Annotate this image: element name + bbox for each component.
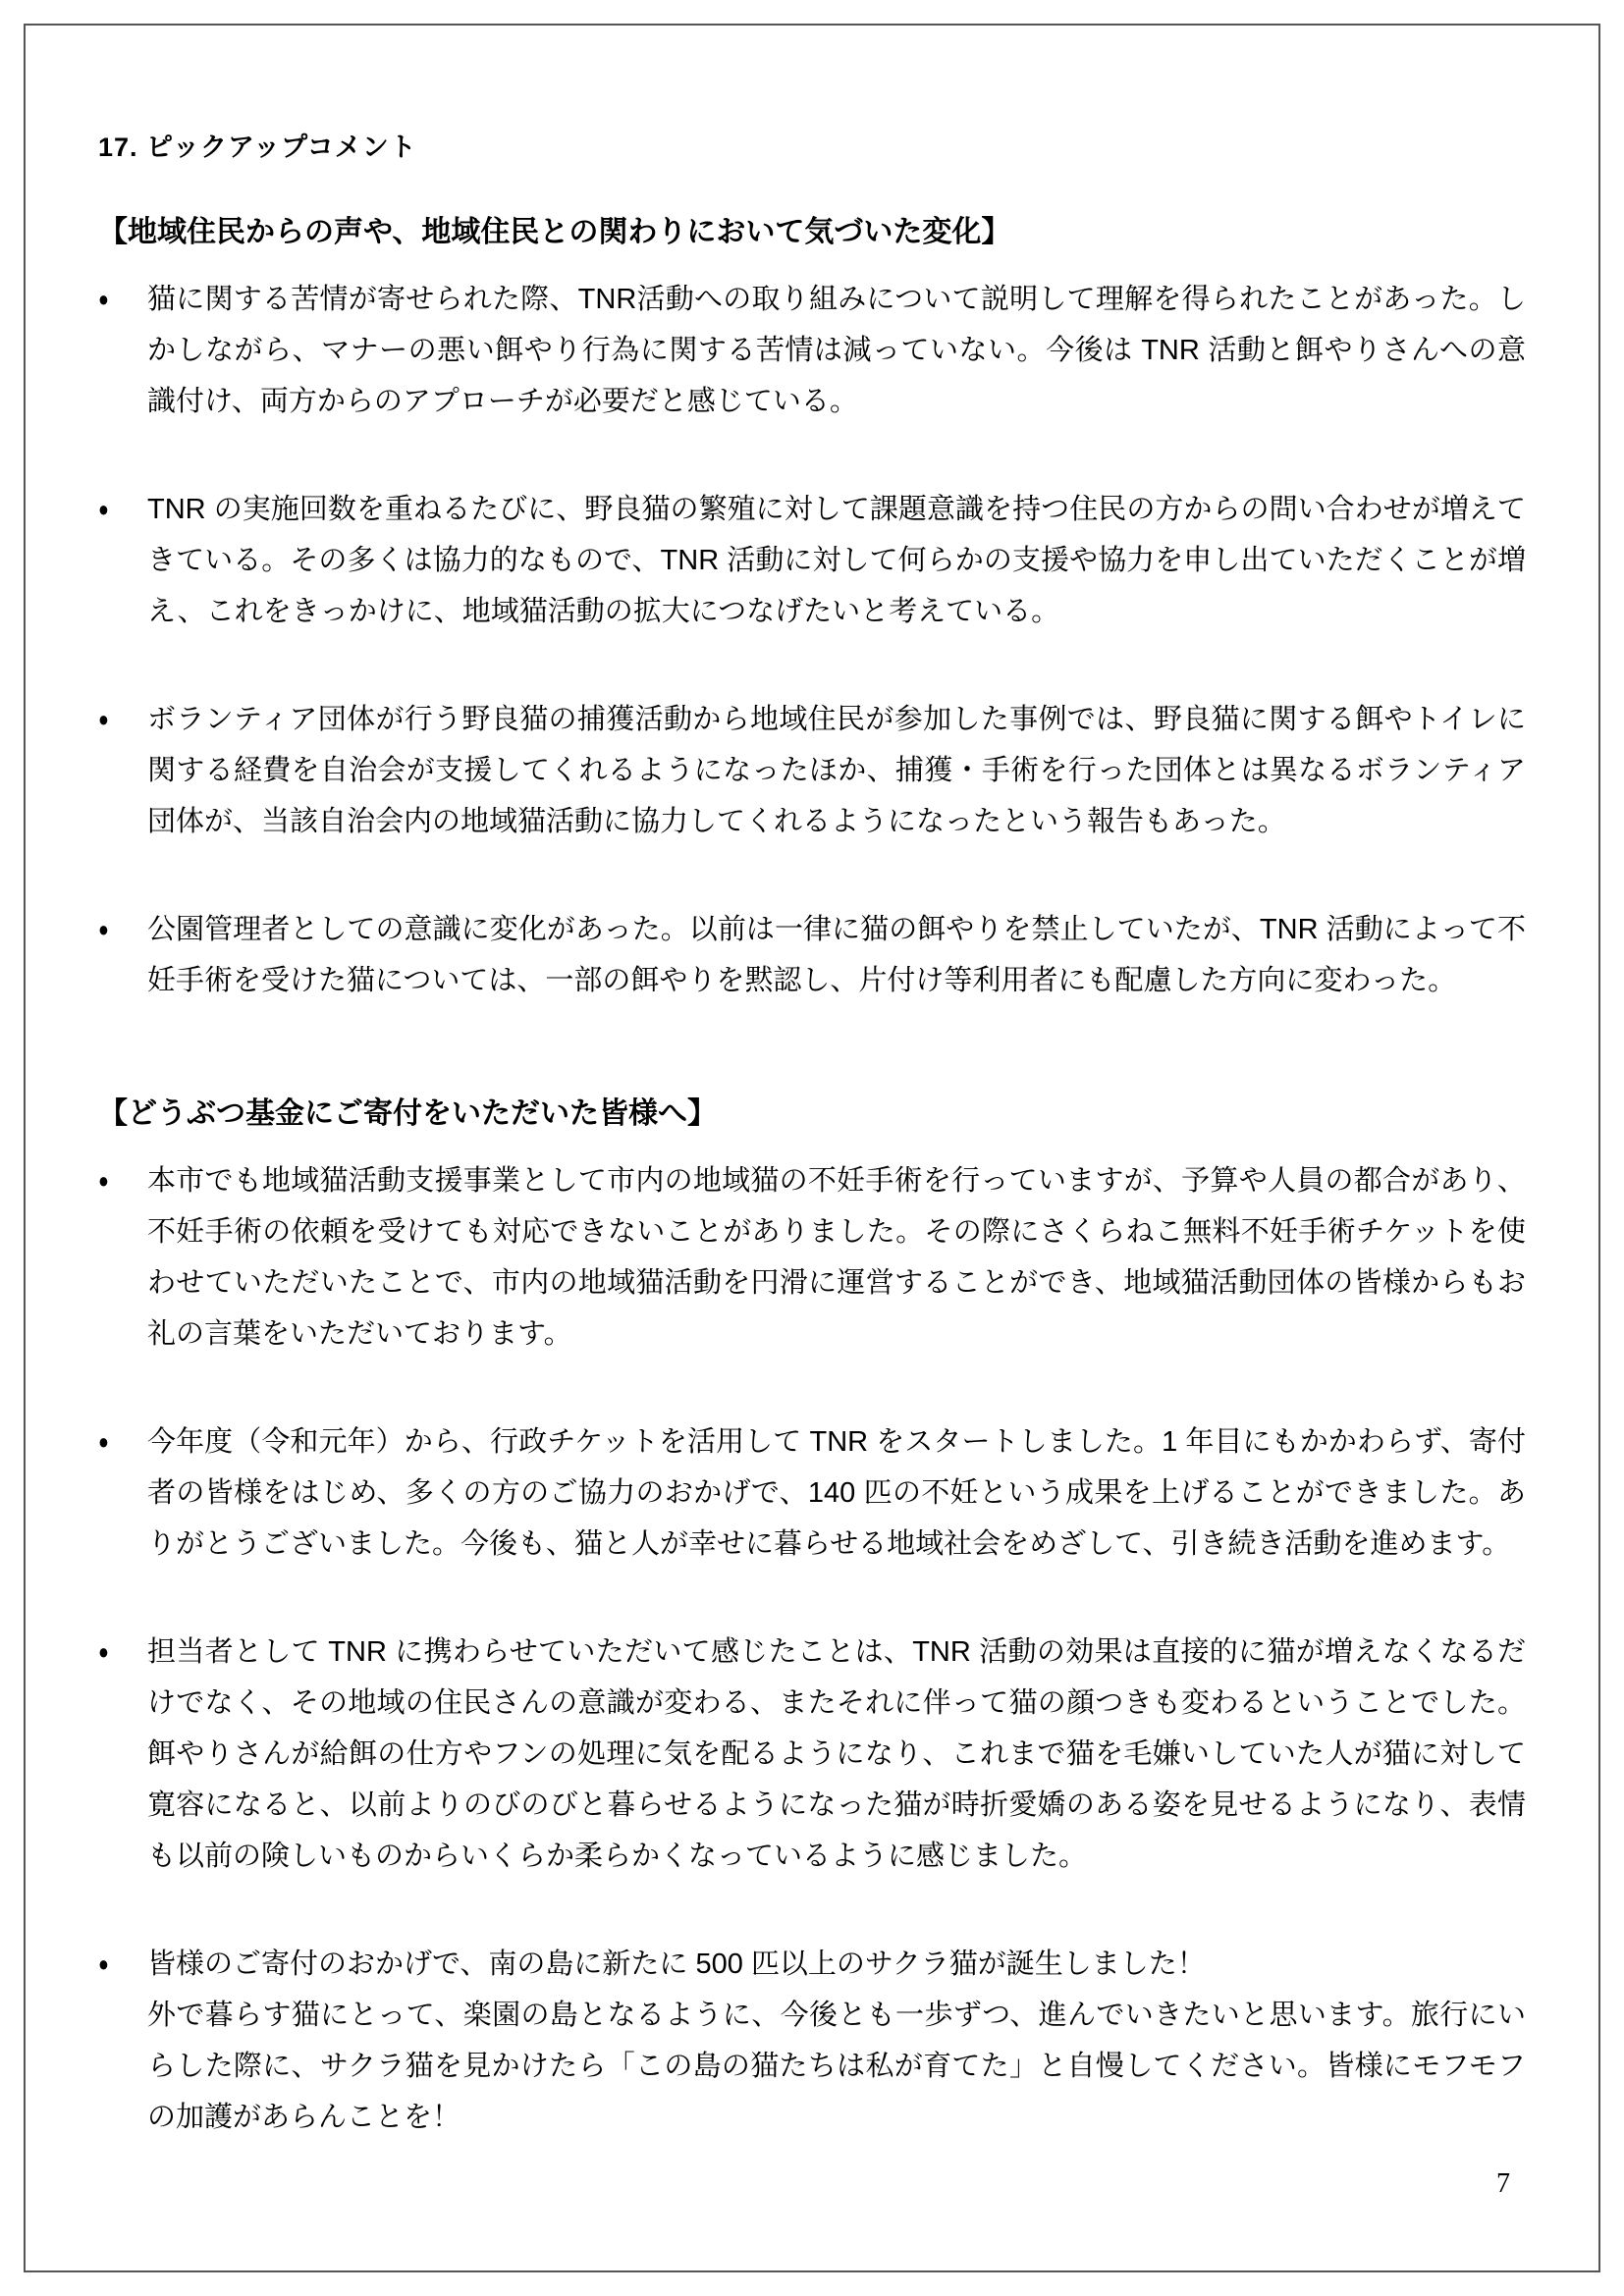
bullet-text: 本市でも地域猫活動支援事業として市内の地域猫の不妊手術を行っていますが、予算や人… xyxy=(147,1155,1526,1360)
bullet-item: ● 公園管理者としての意識に変化があった。以前は一律に猫の餌やりを禁止していたが… xyxy=(98,904,1526,1006)
bullet-paragraph: 今年度（令和元年）から、行政チケットを活用して TNR をスタートしました。1 … xyxy=(147,1416,1526,1570)
bullet-paragraph: 猫に関する苦情が寄せられた際、TNR活動への取り組みについて説明して理解を得られ… xyxy=(147,274,1526,427)
bullet-text: TNR の実施回数を重ねるたびに、野良猫の繁殖に対して課題意識を持つ住民の方から… xyxy=(147,484,1526,637)
section-heading: 【どうぶつ基金にご寄付をいただいた皆様へ】 xyxy=(98,1089,1526,1132)
bullet-item: ● TNR の実施回数を重ねるたびに、野良猫の繁殖に対して課題意識を持つ住民の方… xyxy=(98,484,1526,637)
bullet-icon: ● xyxy=(98,904,138,1006)
bullet-paragraph: ボランティア団体が行う野良猫の捕獲活動から地域住民が参加した事例では、野良猫に関… xyxy=(147,694,1526,847)
bullet-list: ● 猫に関する苦情が寄せられた際、TNR活動への取り組みについて説明して理解を得… xyxy=(98,274,1526,1006)
bullet-text: 公園管理者としての意識に変化があった。以前は一律に猫の餌やりを禁止していたが、T… xyxy=(147,904,1526,1006)
page-title: 17. ピックアップコメント xyxy=(98,0,1526,164)
bullet-list: ● 本市でも地域猫活動支援事業として市内の地域猫の不妊手術を行っていますが、予算… xyxy=(98,1155,1526,2143)
page-content: 17. ピックアップコメント 【地域住民からの声や、地域住民との関わりにおいて気… xyxy=(0,0,1624,2143)
bullet-icon: ● xyxy=(98,1155,138,1360)
bullet-text: 猫に関する苦情が寄せられた際、TNR活動への取り組みについて説明して理解を得られ… xyxy=(147,274,1526,427)
section-heading: 【地域住民からの声や、地域住民との関わりにおいて気づいた変化】 xyxy=(98,207,1526,250)
bullet-paragraph: 公園管理者としての意識に変化があった。以前は一律に猫の餌やりを禁止していたが、T… xyxy=(147,904,1526,1006)
bullet-paragraph: 皆様のご寄付のおかげで、南の島に新たに 500 匹以上のサクラ猫が誕生しました！ xyxy=(147,1939,1526,1990)
bullet-icon: ● xyxy=(98,274,138,427)
bullet-text: 皆様のご寄付のおかげで、南の島に新たに 500 匹以上のサクラ猫が誕生しました！… xyxy=(147,1939,1526,2143)
bullet-icon: ● xyxy=(98,1416,138,1570)
bullet-text: 今年度（令和元年）から、行政チケットを活用して TNR をスタートしました。1 … xyxy=(147,1416,1526,1570)
bullet-icon: ● xyxy=(98,694,138,847)
bullet-icon: ● xyxy=(98,1939,138,2143)
bullet-item: ● 皆様のご寄付のおかげで、南の島に新たに 500 匹以上のサクラ猫が誕生しまし… xyxy=(98,1939,1526,2143)
bullet-paragraph: 外で暮らす猫にとって、楽園の島となるように、今後とも一歩ずつ、進んでいきたいと思… xyxy=(147,1990,1526,2143)
bullet-icon: ● xyxy=(98,1627,138,1882)
bullet-paragraph: TNR の実施回数を重ねるたびに、野良猫の繁殖に対して課題意識を持つ住民の方から… xyxy=(147,484,1526,637)
bullet-text: ボランティア団体が行う野良猫の捕獲活動から地域住民が参加した事例では、野良猫に関… xyxy=(147,694,1526,847)
bullet-item: ● 猫に関する苦情が寄せられた際、TNR活動への取り組みについて説明して理解を得… xyxy=(98,274,1526,427)
bullet-item: ● 担当者として TNR に携わらせていただいて感じたことは、TNR 活動の効果… xyxy=(98,1627,1526,1882)
bullet-icon: ● xyxy=(98,484,138,637)
document-page: 17. ピックアップコメント 【地域住民からの声や、地域住民との関わりにおいて気… xyxy=(0,0,1624,2296)
bullet-item: ● 本市でも地域猫活動支援事業として市内の地域猫の不妊手術を行っていますが、予算… xyxy=(98,1155,1526,1360)
bullet-paragraph: 担当者として TNR に携わらせていただいて感じたことは、TNR 活動の効果は直… xyxy=(147,1627,1526,1882)
section-community-feedback: 【地域住民からの声や、地域住民との関わりにおいて気づいた変化】 ● 猫に関する苦… xyxy=(98,207,1526,1006)
bullet-paragraph: 本市でも地域猫活動支援事業として市内の地域猫の不妊手術を行っていますが、予算や人… xyxy=(147,1155,1526,1360)
page-number: 7 xyxy=(1496,2168,1510,2200)
bullet-item: ● 今年度（令和元年）から、行政チケットを活用して TNR をスタートしました。… xyxy=(98,1416,1526,1570)
section-donor-messages: 【どうぶつ基金にご寄付をいただいた皆様へ】 ● 本市でも地域猫活動支援事業として… xyxy=(98,1089,1526,2143)
bullet-item: ● ボランティア団体が行う野良猫の捕獲活動から地域住民が参加した事例では、野良猫… xyxy=(98,694,1526,847)
bullet-text: 担当者として TNR に携わらせていただいて感じたことは、TNR 活動の効果は直… xyxy=(147,1627,1526,1882)
